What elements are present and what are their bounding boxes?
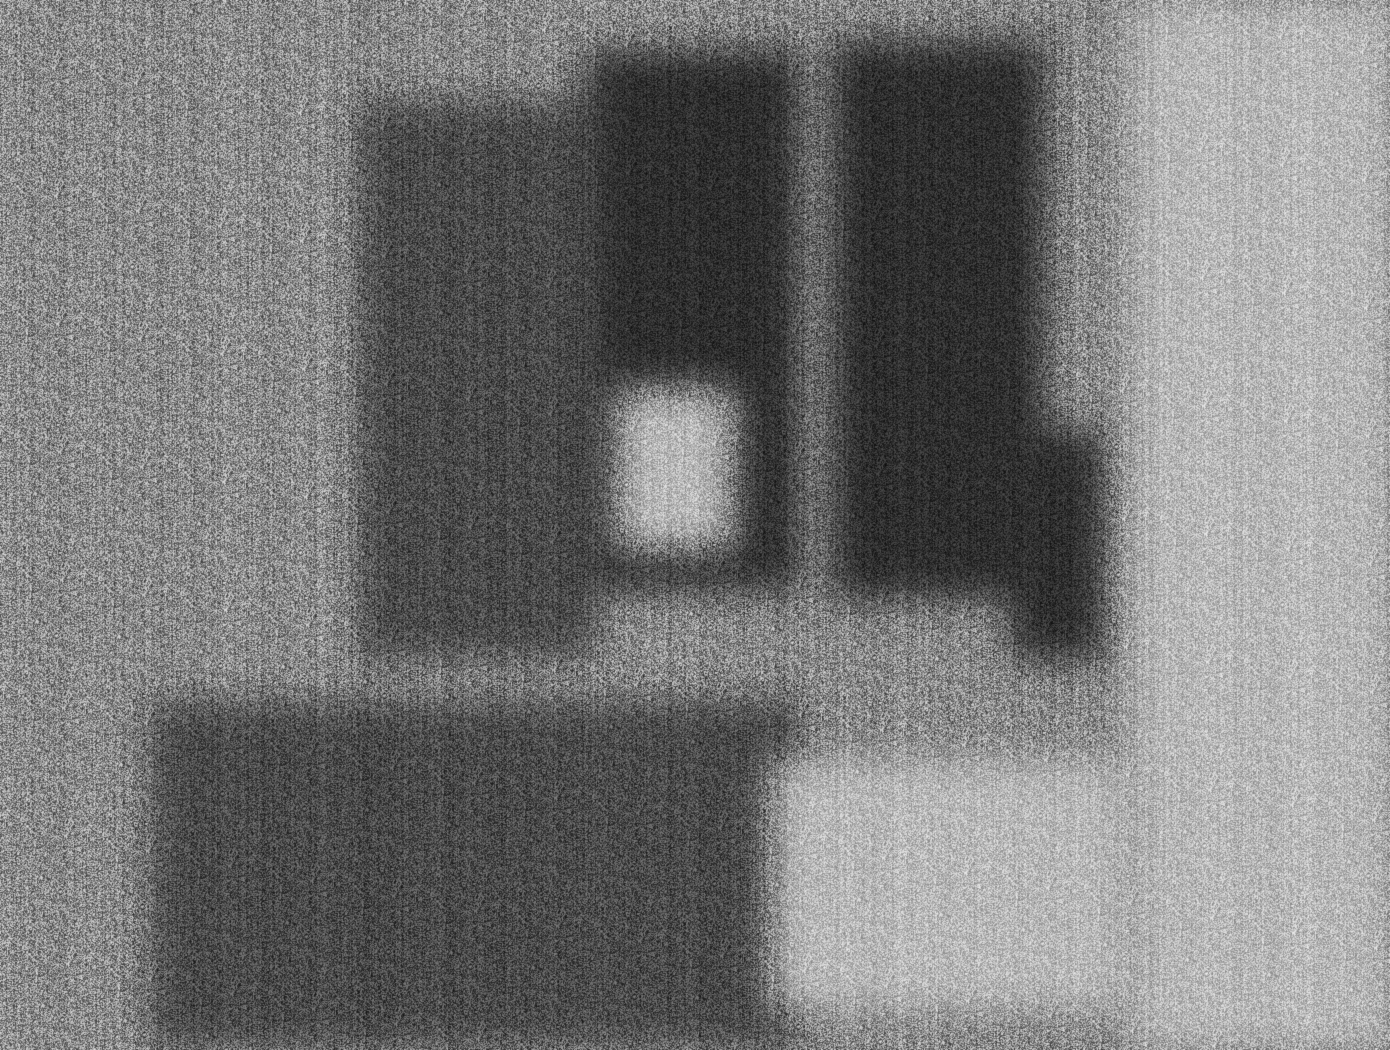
noisy-grayscale-image: Heavily noise-degraded grayscale image w… (0, 0, 1390, 1050)
noise-overlay (0, 0, 1390, 1050)
